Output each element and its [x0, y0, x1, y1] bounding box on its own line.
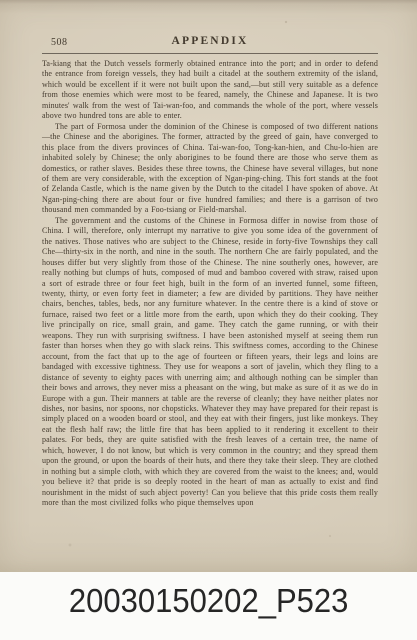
- paragraph: The part of Formosa under the dominion o…: [42, 122, 378, 216]
- paragraph: The government and the customs of the Ch…: [42, 216, 378, 509]
- book-page: 508 APPENDIX Ta-kiang that the Dutch ves…: [0, 0, 417, 572]
- page-column: 508 APPENDIX Ta-kiang that the Dutch ves…: [42, 0, 378, 508]
- scan-label-strip: 20030150202_P523: [0, 572, 417, 640]
- header-rule: [42, 53, 378, 54]
- scan-id-label: 20030150202_P523: [69, 582, 348, 620]
- body-text: Ta-kiang that the Dutch vessels formerly…: [42, 59, 378, 508]
- scanned-document: 508 APPENDIX Ta-kiang that the Dutch ves…: [0, 0, 417, 640]
- paragraph-continuation: Ta-kiang that the Dutch vessels formerly…: [42, 59, 378, 122]
- page-header: 508 APPENDIX: [42, 35, 378, 50]
- page-title: APPENDIX: [42, 35, 378, 47]
- page-number: 508: [51, 37, 68, 48]
